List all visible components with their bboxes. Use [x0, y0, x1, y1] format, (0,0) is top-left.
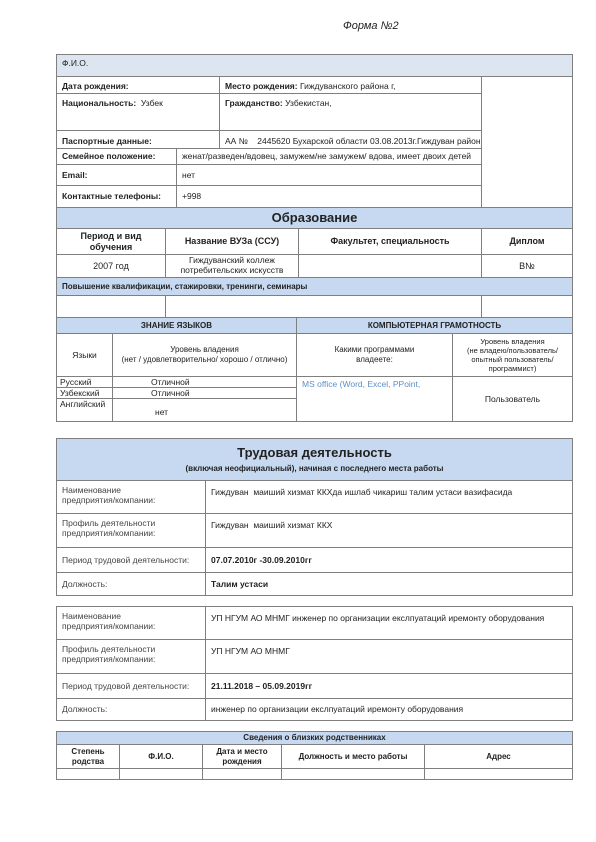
nationality-label: Национальность: [62, 98, 136, 108]
birth-place-label: Место рождения: [225, 81, 298, 91]
column-header: Факультет, специальность [330, 236, 449, 247]
photo-placeholder[interactable] [481, 76, 573, 208]
relatives-cell[interactable] [119, 768, 203, 780]
education-col-faculty: Факультет, специальность [298, 228, 482, 255]
column-header: Адрес [486, 752, 511, 762]
column-header: Какими программами владеете: [335, 345, 415, 364]
work-company-field[interactable]: УП НГУМ АО МНМГ инженер по организации е… [205, 606, 573, 640]
education-institution: Гиждуванский коллеж потребительских иску… [181, 256, 284, 276]
training-title: Повышение квалификации, стажировки, трен… [62, 282, 307, 292]
passport-value: АА № 2445620 Бухарской области 03.08.201… [225, 136, 481, 146]
work-company-label-cell: Наименование предприятия/компании: [56, 480, 206, 514]
passport-label-cell: Паспортные данные: [56, 130, 220, 149]
work-profile-value: Гиждуван маиший хизмат ККХ [211, 520, 332, 530]
phone-label: Контактные телефоны: [62, 191, 161, 201]
training-cell-1[interactable] [56, 295, 166, 318]
birth-date-field[interactable]: Дата рождения: [56, 76, 220, 94]
work-company-label: Наименование предприятия/компании: [62, 611, 155, 631]
relatives-col-relation: Степень родства [56, 744, 120, 769]
computer-level: Пользователь [485, 394, 540, 404]
language-row-name[interactable]: Английский [56, 398, 113, 422]
phone-label-cell: Контактные телефоны: [56, 185, 177, 208]
education-period-cell[interactable]: 2007 год [56, 254, 166, 278]
computer-title: КОМПЬЮТЕРНАЯ ГРАМОТНОСТЬ [368, 321, 501, 331]
work-period-value: 21.11.2018 – 05.09.2019гг [211, 681, 312, 691]
relatives-cell[interactable] [56, 768, 120, 780]
languages-title-cell: ЗНАНИЕ ЯЗЫКОВ [56, 317, 297, 334]
relatives-col-job: Должность и место работы [281, 744, 425, 769]
education-col-period: Период и вид обучения [56, 228, 166, 255]
education-col-diploma: Диплом [481, 228, 573, 255]
work-position-value: Талим устаси [211, 579, 268, 589]
email-label: Email: [62, 170, 88, 180]
form-title: Форма №2 [343, 20, 399, 32]
language-level: нет [155, 407, 168, 417]
column-header: Уровень владения [170, 345, 239, 355]
work-position-label-cell: Должность: [56, 572, 206, 596]
column-header: Период и вид обучения [71, 231, 151, 253]
computer-title-cell: КОМПЬЮТЕРНАЯ ГРАМОТНОСТЬ [296, 317, 573, 334]
column-header: Степень родства [71, 747, 104, 765]
work-position-label: Должность: [62, 704, 107, 714]
work-period-label: Период трудовой деятельности: [62, 681, 189, 691]
birth-place-field[interactable]: Место рождения: Гиждуванского района г, [219, 76, 482, 94]
education-period: 2007 год [93, 261, 129, 272]
work-position-field[interactable]: инженер по организации екслпуатаций ирем… [205, 698, 573, 721]
education-title-cell: Образование [56, 207, 573, 229]
work-company-field[interactable]: Гиждуван маиший хизмат ККХда ишлаб чикар… [205, 480, 573, 514]
computer-programs-cell[interactable]: MS office (Word, Excel, PPoint, [296, 376, 453, 422]
work-position-value: инженер по организации екслпуатаций ирем… [211, 704, 463, 714]
computer-col-level: Уровень владения (не владею/пользователь… [452, 333, 573, 377]
training-title-cell: Повышение квалификации, стажировки, трен… [56, 277, 573, 296]
column-header: Ф.И.О. [148, 752, 173, 762]
work-period-value: 07.07.2010г -30.09.2010гг [211, 555, 312, 565]
column-header: Дата и место рождения [216, 747, 267, 765]
relatives-col-address: Адрес [424, 744, 573, 769]
computer-col-programs: Какими программами владеете: [296, 333, 453, 377]
column-header: Должность и место работы [299, 752, 408, 762]
marital-field[interactable]: женат/разведен/вдовец, замужем/не замуже… [176, 148, 482, 165]
education-title: Образование [272, 210, 358, 226]
citizenship-label: Гражданство: [225, 98, 283, 108]
birth-date-label: Дата рождения: [62, 81, 129, 91]
work-profile-field[interactable]: УП НГУМ АО МНМГ [205, 639, 573, 674]
column-header: Уровень владения [480, 337, 544, 346]
work-company-label: Наименование предприятия/компании: [62, 485, 155, 505]
birth-place-value: Гиждуванского района г, [298, 81, 396, 91]
relatives-cell[interactable] [424, 768, 573, 780]
work-subtitle: (включая неофициальный), начиная с после… [185, 464, 443, 474]
language-level: Отличной [151, 388, 190, 398]
work-company-label-cell: Наименование предприятия/компании: [56, 606, 206, 640]
language-name: Узбекский [60, 388, 100, 398]
phone-field[interactable]: +998 [176, 185, 482, 208]
work-position-field[interactable]: Талим устаси [205, 572, 573, 596]
language-level: Отличной [151, 377, 190, 387]
work-profile-label: Профиль деятельности предприятия/компани… [62, 518, 155, 538]
nationality-field[interactable]: Национальность: Узбек [56, 93, 220, 131]
training-cell-2[interactable] [165, 295, 482, 318]
training-cell-3[interactable] [481, 295, 573, 318]
email-field[interactable]: нет [176, 164, 482, 186]
work-position-label: Должность: [62, 579, 107, 589]
citizenship-field[interactable]: Гражданство: Узбекистан, [219, 93, 482, 131]
education-col-institution: Название ВУЗа (ССУ) [165, 228, 299, 255]
work-company-value: Гиждуван маиший хизмат ККХда ишлаб чикар… [211, 487, 512, 497]
column-hint: (нет / удовлетворительно/ хорошо / отлич… [122, 355, 288, 365]
work-profile-field[interactable]: Гиждуван маиший хизмат ККХ [205, 513, 573, 548]
nationality-value: Узбек [136, 98, 163, 108]
language-row-level[interactable]: нет [112, 398, 297, 422]
computer-level-cell[interactable]: Пользователь [452, 376, 573, 422]
relatives-col-name: Ф.И.О. [119, 744, 203, 769]
column-header: Название ВУЗа (ССУ) [185, 236, 279, 247]
passport-label: Паспортные данные: [62, 136, 152, 146]
work-profile-value: УП НГУМ АО МНМГ [211, 646, 290, 656]
marital-label-cell: Семейное положение: [56, 148, 177, 165]
work-profile-label: Профиль деятельности предприятия/компани… [62, 644, 155, 664]
column-header: Языки [72, 350, 97, 360]
work-period-label-cell: Период трудовой деятельности: [56, 547, 206, 573]
relatives-col-birth: Дата и место рождения [202, 744, 282, 769]
email-label-cell: Email: [56, 164, 177, 186]
work-profile-label-cell: Профиль деятельности предприятия/компани… [56, 639, 206, 674]
relatives-cell[interactable] [281, 768, 425, 780]
fio-row[interactable]: Ф.И.О. [56, 54, 573, 77]
languages-col-language: Языки [56, 333, 113, 377]
marital-label: Семейное положение: [62, 151, 155, 161]
work-company-value: УП НГУМ АО МНМГ инженер по организации е… [211, 613, 544, 623]
work-profile-label-cell: Профиль деятельности предприятия/компани… [56, 513, 206, 548]
work-period-label: Период трудовой деятельности: [62, 555, 189, 565]
fio-label: Ф.И.О. [62, 58, 88, 68]
work-period-label-cell: Период трудовой деятельности: [56, 673, 206, 699]
work-period-field[interactable]: 07.07.2010г -30.09.2010гг [205, 547, 573, 573]
citizenship-value: Узбекистан, [283, 98, 332, 108]
work-position-label-cell: Должность: [56, 698, 206, 721]
work-title-cell: Трудовая деятельность (включая неофициал… [56, 438, 573, 481]
column-hint: (не владею/пользователь/ опытный пользов… [467, 346, 558, 373]
passport-field[interactable]: АА № 2445620 Бухарской области 03.08.201… [219, 130, 482, 149]
language-name: Английский [60, 399, 105, 409]
phone-value: +998 [182, 191, 201, 201]
column-header: Диплом [509, 236, 544, 247]
languages-col-level: Уровень владения (нет / удовлетворительн… [112, 333, 297, 377]
education-diploma-cell[interactable]: В№ [481, 254, 573, 278]
work-title: Трудовая деятельность [237, 445, 392, 461]
relatives-cell[interactable] [202, 768, 282, 780]
computer-programs: MS office (Word, Excel, PPoint, [302, 379, 420, 389]
education-diploma: В№ [519, 261, 535, 272]
education-faculty-cell[interactable] [298, 254, 482, 278]
relatives-title: Сведения о близких родственниках [243, 733, 385, 743]
languages-title: ЗНАНИЕ ЯЗЫКОВ [141, 321, 212, 331]
work-period-field[interactable]: 21.11.2018 – 05.09.2019гг [205, 673, 573, 699]
email-value: нет [182, 170, 195, 180]
marital-value: женат/разведен/вдовец, замужем/не замуже… [182, 151, 471, 161]
education-institution-cell[interactable]: Гиждуванский коллеж потребительских иску… [165, 254, 299, 278]
relatives-title-cell: Сведения о близких родственниках [56, 731, 573, 745]
language-name: Русский [60, 377, 92, 387]
